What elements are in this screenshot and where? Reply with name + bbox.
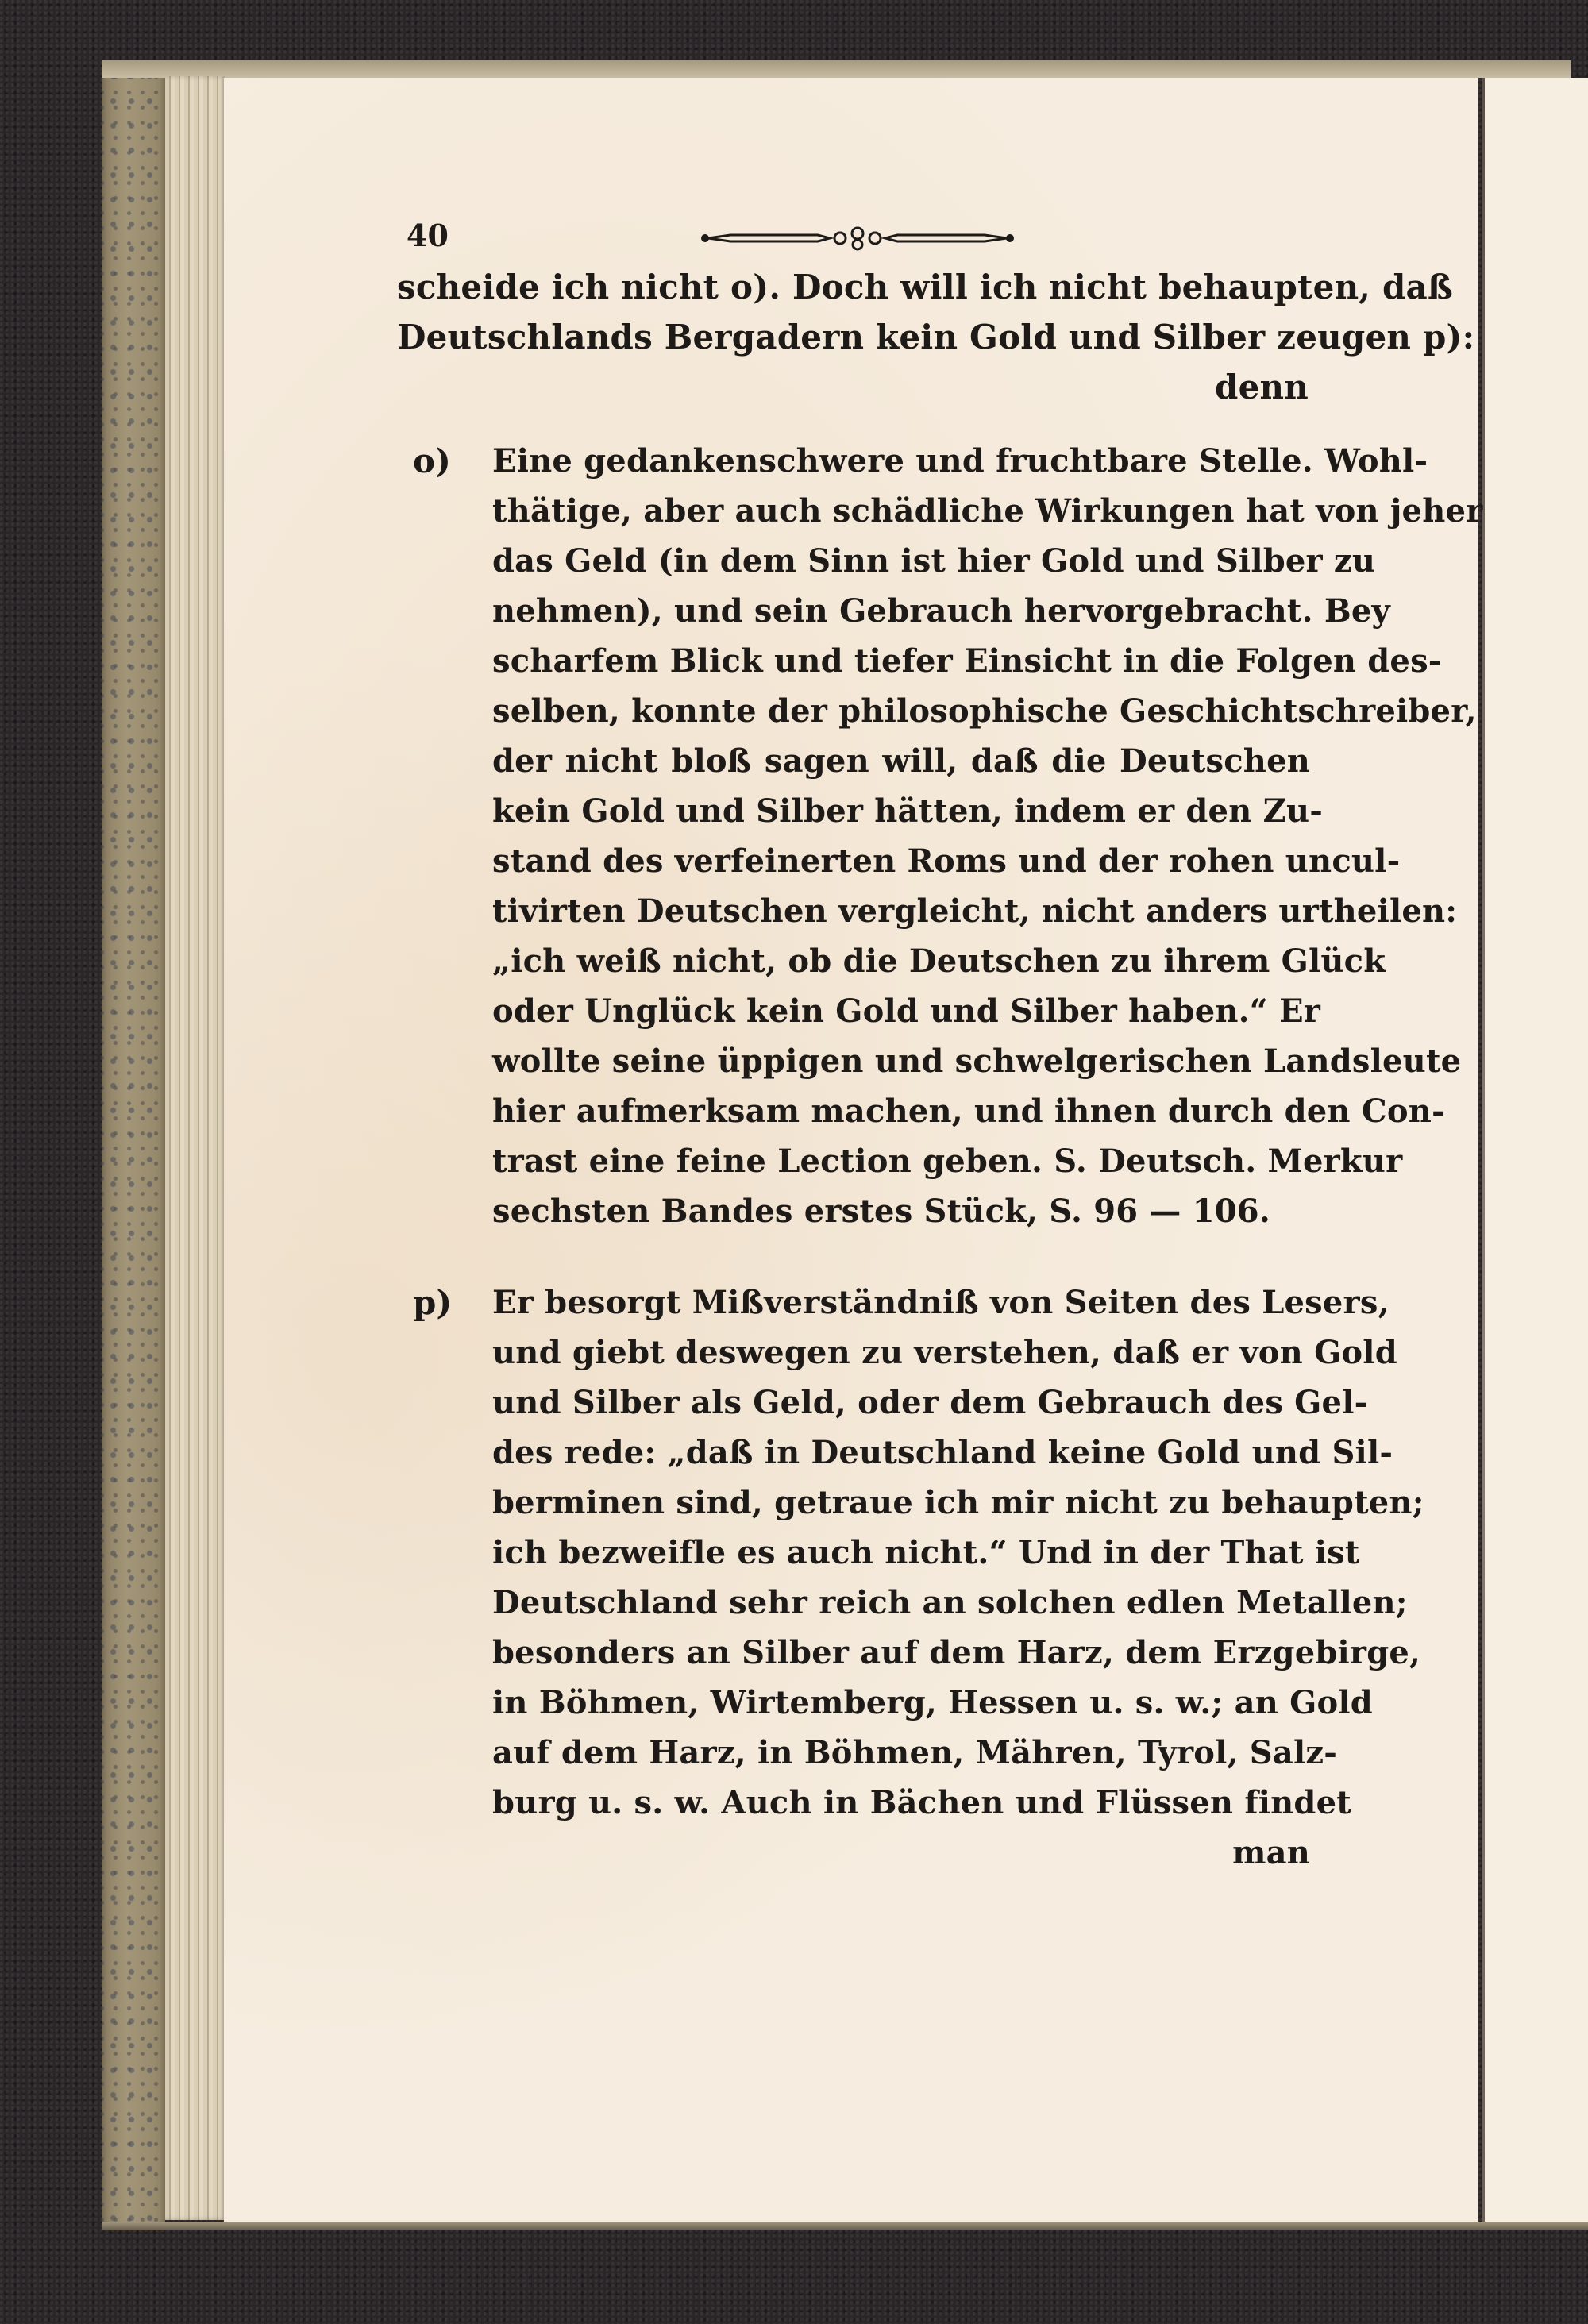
footnote-p: p) Er besorgt Mißverständniß von Seiten … [397,1278,1318,1878]
footnote-line: Deutschland sehr reich an solchen edlen … [492,1578,1310,1628]
footnote-line: selben, konnte der philosophische Geschi… [492,686,1310,736]
footnote-line: stand des verfeinerten Roms und der rohe… [492,836,1310,886]
catchword: denn [397,362,1309,412]
footnote-line: thätige, aber auch schädliche Wirkungen … [492,486,1310,536]
footnote-line: ich bezweifle es auch nicht.“ Und in der… [492,1528,1310,1578]
book-bottom-edge [102,2222,1588,2230]
footnote-line: Eine gedankenschwere und fruchtbare Stel… [492,436,1310,486]
footnote-line: hier aufmerksam machen, und ihnen durch … [492,1086,1310,1136]
footnote-line: kein Gold und Silber hätten, indem er de… [492,786,1310,836]
footnote-line: in Böhmen, Wirtemberg, Hessen u. s. w.; … [492,1678,1310,1728]
footnote-line: scharfem Blick und tiefer Einsicht in di… [492,636,1310,686]
footnote-line: das Geld (in dem Sinn ist hier Gold und … [492,536,1310,586]
footnote-line: berminen sind, getraue ich mir nicht zu … [492,1478,1310,1528]
footnote-line: des rede: „daß in Deutschland keine Gold… [492,1428,1310,1478]
catchword: man [492,1828,1310,1878]
footnote-line: und giebt deswegen zu verstehen, daß er … [492,1328,1310,1378]
footnote-line: auf dem Harz, in Böhmen, Mähren, Tyrol, … [492,1728,1310,1778]
ornament-rule-icon [699,222,1016,254]
book-cover-top-edge [102,60,1571,78]
footnote-line: wollte seine üppigen und schwelgerischen… [492,1036,1310,1086]
footnote-line: tivirten Deutschen vergleicht, nicht and… [492,886,1310,936]
footnote-marker: o) [413,436,451,486]
footnote-line: Er besorgt Mißverständniß von Seiten des… [492,1278,1310,1328]
running-header: 40 [397,214,1318,262]
page-number: 40 [407,218,449,253]
footnote-line: trast eine feine Lection geben. S. Deuts… [492,1136,1310,1186]
text-line: Deutschlands Bergadern kein Gold und Sil… [397,312,1309,362]
footnote-body: Eine gedankenschwere und fruchtbare Stel… [492,436,1310,1236]
text-line: scheide ich nicht o). Doch will ich nich… [397,262,1309,312]
footnote-line: besonders an Silber auf dem Harz, dem Er… [492,1628,1310,1678]
footnote-body: Er besorgt Mißverständniß von Seiten des… [492,1278,1310,1878]
book-cover-edge [102,60,165,2230]
footnote-line: sechsten Bandes erstes Stück, S. 96 — 10… [492,1186,1310,1236]
footnote-line: „ich weiß nicht, ob die Deutschen zu ihr… [492,936,1310,986]
page-content: 40 scheide ich nicht o). Doch will ich n… [397,214,1318,1878]
footnote-line: und Silber als Geld, oder dem Gebrauch d… [492,1378,1310,1428]
footnote-line: oder Unglück kein Gold und Silber haben.… [492,986,1310,1036]
page-stack-edges [165,76,225,2220]
footnote-marker: p) [413,1278,452,1328]
footnote-o: o) Eine gedankenschwere und fruchtbare S… [397,436,1318,1236]
facing-page-edge [1485,78,1588,2222]
main-text: scheide ich nicht o). Doch will ich nich… [397,262,1318,412]
footnote-line: nehmen), und sein Gebrauch hervorgebrach… [492,586,1310,636]
footnote-line: burg u. s. w. Auch in Bächen und Flüssen… [492,1778,1310,1828]
footnote-line: der nicht bloß sagen will, daß die Deuts… [492,736,1310,786]
